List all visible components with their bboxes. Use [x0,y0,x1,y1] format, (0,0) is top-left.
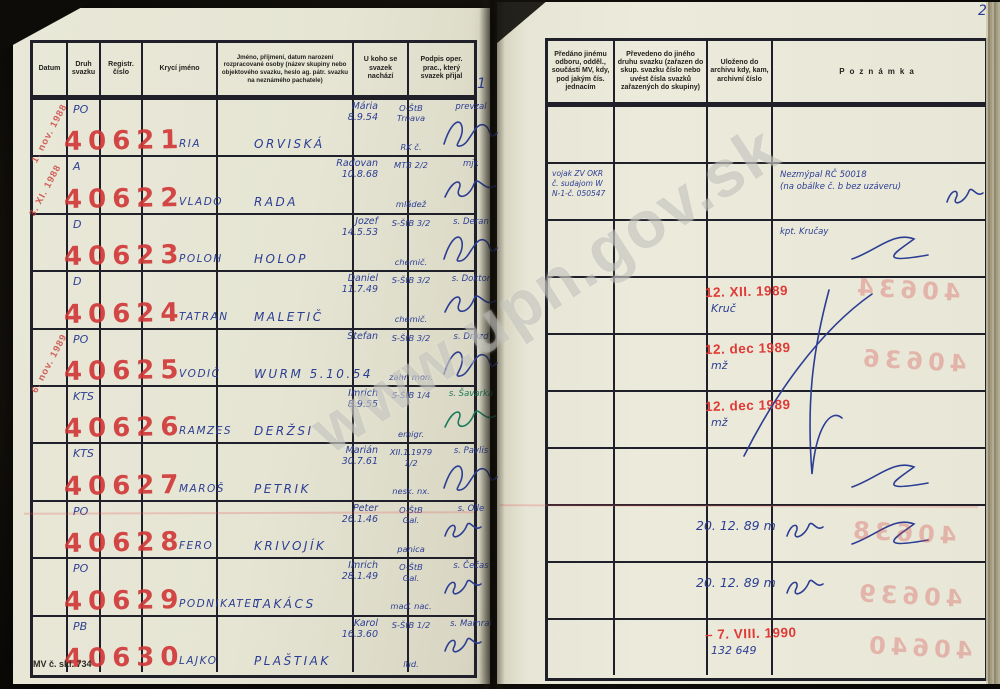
register-row: 3. XI. 1988A40622VLADORadovan10.8.68RADA… [33,155,474,212]
cover-name: FERO [179,540,213,552]
register-row-continuation [548,105,985,162]
person-given-name-and-birthdate: Imrich8.9.55 [250,389,378,411]
register-row-continuation: vojak ZV OKRč. sudajom WN-1-č. 050547Nez… [548,162,985,219]
file-type-code: A [73,160,81,173]
offset-print-number: 40634 [851,273,961,307]
signature-flourish [848,229,932,267]
page-edge-stack [986,2,1000,684]
registration-number-stamp: 40625 [64,355,185,387]
holder-unit-note: O-ŠtBTrnava [384,103,438,124]
person-surname: TAKÁCS [254,597,316,611]
cover-name: RAMZES [179,425,232,437]
holder-category-note: maď. nac. [384,601,438,611]
person-surname: PETRIK [254,482,311,496]
file-type-code: PB [73,620,87,633]
registration-number-stamp: 40629 [64,585,185,617]
cover-name: POLOH [179,253,223,265]
column-header: Uloženo do archivu kdy, kam, archivní čí… [708,41,773,102]
registration-number-stamp: 40628 [64,527,185,559]
book-gutter [479,0,505,689]
left-table-header: DatumDruh svazkuRegistr. čísloKrycí jmén… [33,43,474,98]
column-header: Druh svazku [68,43,101,95]
holder-unit-note: S-ŠtB 3/2 [384,218,438,228]
person-given-name-and-birthdate: Karol16.3.60 [250,619,378,641]
register-row: PO40629PODNIKATEĽImrich28.1.49TAKÁCSO-Št… [33,557,474,614]
holder-category-note: chemič. [384,314,438,324]
offset-print-number: 40640 [863,631,973,665]
column-header: Předáno jinému odboru, odděl., součásti … [548,41,615,102]
transferred-to-note: vojak ZV OKRč. sudajom WN-1-č. 050547 [552,169,614,199]
archive-date-handwritten: 20. 12. 89 m [696,518,776,533]
person-surname: KRIVOJÍK [254,539,326,553]
register-row: PO40628FEROPeter26.1.46KRIVOJÍKO-ŠtBGal.… [33,500,474,557]
date-received-stamp: 3. XI. 1988 [27,163,63,218]
offset-print-number: 40639 [853,579,963,613]
cover-name: PODNIKATEĽ [179,598,260,610]
file-type-code: KTS [73,390,94,403]
holder-unit-note: S-ŠtB 1/2 [384,620,438,630]
archive-note: Kruč [711,302,736,315]
large-crossing-flourish [734,286,884,481]
cover-name: TATRAN [179,311,229,323]
cover-name: LAJKO [179,655,218,667]
column-header: Podpis oper. prac., který svazek přijal [409,43,474,95]
person-surname: HOLOP [254,252,308,266]
cover-name: RIA [179,138,201,150]
holder-unit-note: O-ŠtBGal. [384,505,438,526]
file-type-code: PO [73,505,88,518]
holder-unit-note: S-ŠtB 3/2 [384,333,438,343]
left-register-table: DatumDruh svazkuRegistr. čísloKrycí jmén… [30,40,477,678]
person-given-name-and-birthdate: Peter26.1.46 [250,504,378,526]
column-header: U koho se svazek nachází [354,43,409,95]
holder-unit-note: O-ŠtBGal. [384,562,438,583]
holder-category-note: chemič. [384,257,438,267]
signature-scribble [783,573,827,597]
person-surname: ORVISKÁ [254,137,325,151]
file-type-code: PO [73,562,88,575]
archive-note: mž [711,359,728,372]
cover-name: MAROŠ [179,483,225,495]
archive-date-handwritten: 20. 12. 89 m [696,575,776,590]
archive-note: mž [711,416,728,429]
holder-category-note: zahr. mon. [384,372,438,382]
person-surname: WURM 5.10.54 [254,367,373,381]
signature-scribble [943,182,987,206]
registration-number-stamp: 40627 [64,470,185,502]
form-code: MV č. skl. 734 [33,659,92,669]
person-given-name-and-birthdate: Radovan10.8.68 [250,159,378,181]
holder-unit-note: XII.1.1979 1/2 [384,447,438,468]
registration-number-stamp: 40626 [64,412,185,444]
holder-category-note: ľud. [384,659,438,669]
person-surname: PLAŠTIAK [254,654,331,668]
person-given-name-and-birthdate: Jozef14.5.53 [250,217,378,239]
file-type-code: PO [73,103,88,116]
register-row: PB40630LAJKOKarol16.3.60PLAŠTIAKS-ŠtB 1/… [33,615,474,672]
registration-number-stamp: 40623 [64,240,185,272]
register-row: D40624TATRANDaniel11.7.49MALETIČS-ŠtB 3/… [33,270,474,327]
file-type-code: KTS [73,447,94,460]
file-type-code: PO [73,333,88,346]
column-header: Převedeno do jiného druhu svazku (zařaze… [615,41,708,102]
person-surname: RADA [254,195,298,209]
person-surname: MALETIČ [254,310,324,324]
register-row: 6. nov. 1989PO40625VODIČŠtefanWURM 5.10.… [33,328,474,385]
person-given-name-and-birthdate: Mária8.9.54 [250,102,378,124]
file-type-code: D [73,218,81,231]
cover-name: VODIČ [179,368,220,380]
person-given-name-and-birthdate: Imrich28.1.49 [250,561,378,583]
signature-scribble [783,516,827,540]
person-given-name-and-birthdate: Marián30.7.61 [250,446,378,468]
holder-unit-note: MTB 2/2 [384,160,438,170]
person-surname: DERŽSI [254,424,314,438]
person-given-name-and-birthdate: Štefan [250,332,378,343]
scanned-register-spread: DatumDruh svazkuRegistr. čísloKrycí jmén… [0,0,1000,689]
left-table-body: 1. nov. 1988PO40621RIAMária8.9.54ORVISKÁ… [33,98,474,672]
cover-name: VLADO [179,196,223,208]
register-row: KTS40627MAROŠMarián30.7.61PETRIKXII.1.19… [33,442,474,499]
offset-print-number: 40636 [857,344,967,378]
holder-category-note: nesk. nx. [384,486,438,496]
holder-category-note: panica [384,544,438,554]
registration-number-stamp: 40621 [64,125,185,157]
person-given-name-and-birthdate: Daniel11.7.49 [250,274,378,296]
register-row: KTS40626RAMZESImrich8.9.55DERŽSIS-ŠtB 1/… [33,385,474,442]
holder-unit-note: S-ŠtB 3/2 [384,275,438,285]
archive-note: 132 649 [711,644,757,657]
signature-flourish [848,457,932,495]
column-header: Datum [33,43,68,95]
file-type-code: D [73,275,81,288]
registration-number-stamp: 40622 [64,183,185,215]
register-row-continuation: kpt. Kručay [548,219,985,276]
registration-number-stamp: 40624 [64,298,185,330]
column-header: Poznámka [773,41,985,102]
column-header: Krycí jméno [143,43,218,95]
holder-category-note: mládež [384,199,438,209]
archive-date-stamp: – 7. VIII. 1990 [705,625,797,642]
right-table-header: Předáno jinému odboru, odděl., součásti … [548,41,985,105]
holder-unit-note: S-ŠtB 1/4 [384,390,438,400]
column-header: Jméno, příjmení, datum narození rozpraco… [218,43,354,95]
register-row: 1. nov. 1988PO40621RIAMária8.9.54ORVISKÁ… [33,98,474,155]
column-header: Registr. číslo [101,43,143,95]
holder-category-note: emigr. [384,429,438,439]
offset-print-number: 40638 [847,516,957,550]
holder-category-note: RK č. [384,142,438,152]
register-row: D40623POLOHJozef14.5.53HOLOPS-ŠtB 3/2che… [33,213,474,270]
